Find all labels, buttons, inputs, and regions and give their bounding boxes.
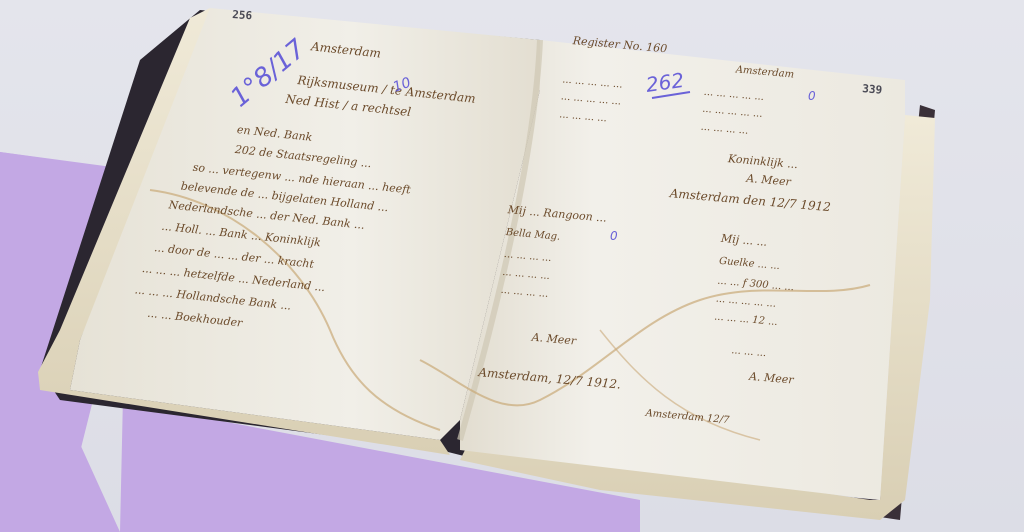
left-page-number: 256 bbox=[232, 8, 253, 22]
ledger-photo: 256 339 Amsterdam Rijksmuseum / te Amste… bbox=[0, 0, 1024, 532]
right-page-number: 339 bbox=[862, 82, 883, 97]
blue-annotation: 0 bbox=[610, 229, 618, 243]
blue-annotation: 0 bbox=[808, 89, 816, 103]
